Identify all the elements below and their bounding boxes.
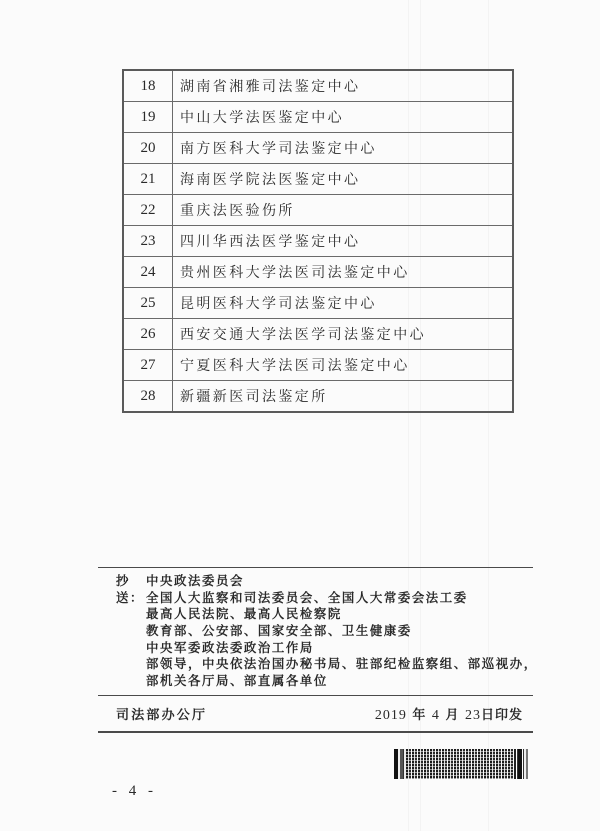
row-number: 21: [123, 164, 173, 195]
cc-recipient-line: 最高人民法院、最高人民检察院: [146, 606, 538, 623]
cc-recipient-line: 部领导，中央依法治国办秘书局、驻部纪检监察组、部巡视办，: [146, 656, 538, 673]
institution-name: 贵州医科大学法医司法鉴定中心: [173, 257, 514, 288]
issuer-top-divider: [98, 695, 533, 696]
cc-recipients: 中央政法委员会 全国人大监察和司法委员会、全国人大常委会法工委 最高人民法院、最…: [146, 573, 538, 690]
cc-top-divider: [98, 567, 533, 568]
institution-name: 重庆法医验伤所: [173, 195, 514, 226]
institution-table: 18湖南省湘雅司法鉴定中心 19中山大学法医鉴定中心 20南方医科大学司法鉴定中…: [122, 69, 514, 413]
row-number: 20: [123, 133, 173, 164]
table-row: 26西安交通大学法医学司法鉴定中心: [123, 319, 513, 350]
table-row: 24贵州医科大学法医司法鉴定中心: [123, 257, 513, 288]
table-row: 23四川华西法医学鉴定中心: [123, 226, 513, 257]
institution-name: 中山大学法医鉴定中心: [173, 102, 514, 133]
month-unit: 月: [445, 708, 459, 723]
row-number: 28: [123, 381, 173, 413]
issue-month: 4: [432, 708, 440, 723]
page-number: - 4 -: [112, 783, 157, 800]
institution-name: 海南医学院法医鉴定中心: [173, 164, 514, 195]
institution-name: 湖南省湘雅司法鉴定中心: [173, 70, 514, 102]
cc-recipient-line: 中央军委政法委政治工作局: [146, 640, 538, 657]
row-number: 26: [123, 319, 173, 350]
table-row: 28新疆新医司法鉴定所: [123, 381, 513, 413]
table-row: 21海南医学院法医鉴定中心: [123, 164, 513, 195]
barcode-icon: [394, 749, 528, 779]
table-row: 19中山大学法医鉴定中心: [123, 102, 513, 133]
table-row: 27宁夏医科大学法医司法鉴定中心: [123, 350, 513, 381]
institution-name: 西安交通大学法医学司法鉴定中心: [173, 319, 514, 350]
day-unit: 日印发: [481, 708, 523, 723]
issuer-bottom-divider: [98, 731, 533, 733]
row-number: 23: [123, 226, 173, 257]
table-row: 22重庆法医验伤所: [123, 195, 513, 226]
cc-recipient-line: 部机关各厅局、部直属各单位: [146, 673, 538, 690]
issue-year: 2019: [375, 708, 407, 723]
table-row: 18湖南省湘雅司法鉴定中心: [123, 70, 513, 102]
table-row: 25昆明医科大学司法鉴定中心: [123, 288, 513, 319]
row-number: 18: [123, 70, 173, 102]
issue-date: 2019 年 4 月 23日印发: [375, 704, 523, 724]
row-number: 22: [123, 195, 173, 226]
institution-name: 南方医科大学司法鉴定中心: [173, 133, 514, 164]
institution-name: 宁夏医科大学法医司法鉴定中心: [173, 350, 514, 381]
institution-name: 四川华西法医学鉴定中心: [173, 226, 514, 257]
issuing-office: 司法部办公厅: [116, 704, 207, 723]
row-number: 27: [123, 350, 173, 381]
cc-label: 抄送：: [116, 573, 144, 606]
row-number: 19: [123, 102, 173, 133]
table-row: 20南方医科大学司法鉴定中心: [123, 133, 513, 164]
institution-name: 昆明医科大学司法鉴定中心: [173, 288, 514, 319]
institution-name: 新疆新医司法鉴定所: [173, 381, 514, 413]
issue-day: 23: [465, 708, 481, 723]
cc-recipient-line: 教育部、公安部、国家安全部、卫生健康委: [146, 623, 538, 640]
cc-recipient-line: 全国人大监察和司法委员会、全国人大常委会法工委: [146, 590, 538, 607]
row-number: 24: [123, 257, 173, 288]
row-number: 25: [123, 288, 173, 319]
cc-recipient-line: 中央政法委员会: [146, 573, 538, 590]
year-unit: 年: [412, 708, 426, 723]
